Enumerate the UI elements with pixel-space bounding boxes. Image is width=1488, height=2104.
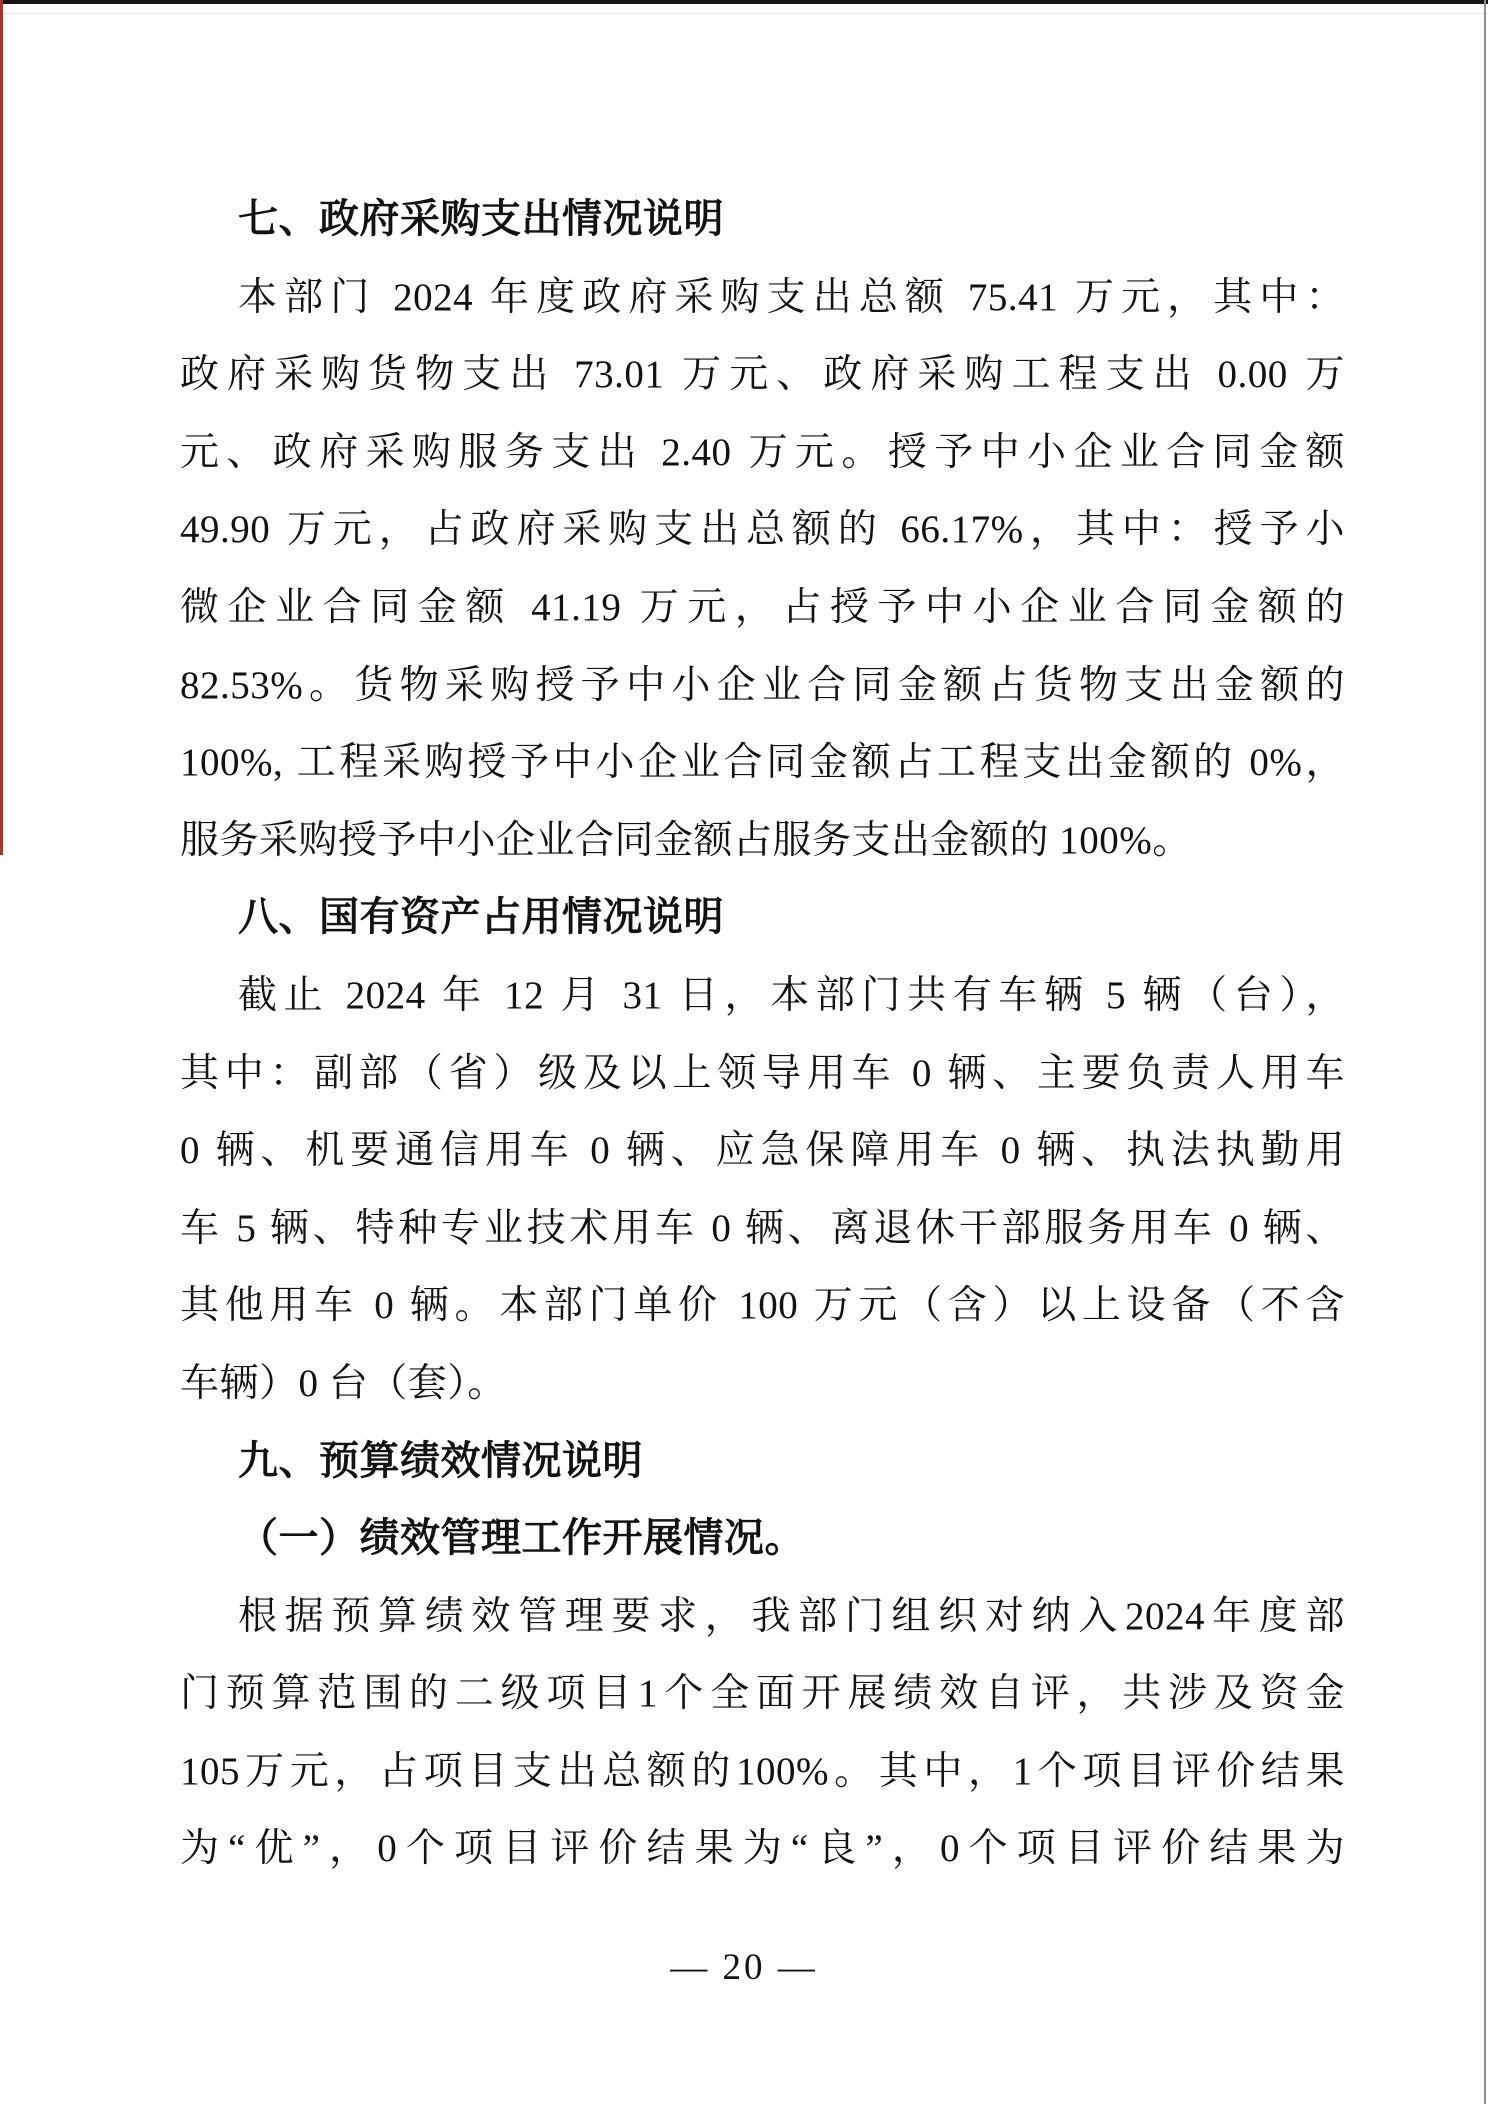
section-heading: （一）绩效管理工作开展情况。: [180, 1500, 1345, 1578]
text-line: 其中：副部（省）级及以上领导用车 0 辆、主要负责人用车: [180, 1035, 1345, 1113]
left-accent-line: [0, 0, 3, 855]
text-line: 门预算范围的二级项目1个全面开展绩效自评，共涉及资金: [180, 1655, 1345, 1733]
top-edge-bar: [0, 0, 1488, 4]
text-line: 105万元，占项目支出总额的100%。其中，1个项目评价结果: [180, 1733, 1345, 1811]
document-page: 七、政府采购支出情况说明本部门 2024 年度政府采购支出总额 75.41 万元…: [0, 0, 1488, 2104]
text-line: 车 5 辆、特种专业技术用车 0 辆、离退休干部服务用车 0 辆、: [180, 1190, 1345, 1268]
text-line: 100%, 工程采购授予中小企业合同金额占工程支出金额的 0%，: [180, 724, 1345, 802]
text-line: 根据预算绩效管理要求，我部门组织对纳入2024年度部: [180, 1578, 1345, 1656]
section-heading: 八、国有资产占用情况说明: [180, 879, 1345, 957]
text-line: 截止 2024 年 12 月 31 日，本部门共有车辆 5 辆（台），: [180, 957, 1345, 1035]
text-line: 本部门 2024 年度政府采购支出总额 75.41 万元，其中：: [180, 259, 1345, 337]
text-line: 其他用车 0 辆。本部门单价 100 万元（含）以上设备（不含: [180, 1267, 1345, 1345]
document-body: 七、政府采购支出情况说明本部门 2024 年度政府采购支出总额 75.41 万元…: [180, 181, 1345, 1888]
text-line: 政府采购货物支出 73.01 万元、政府采购工程支出 0.00 万: [180, 336, 1345, 414]
text-line: 车辆）0 台（套）。: [180, 1345, 1345, 1423]
text-line: 0 辆、机要通信用车 0 辆、应急保障用车 0 辆、执法执勤用: [180, 1112, 1345, 1190]
text-line: 49.90 万元，占政府采购支出总额的 66.17%，其中：授予小: [180, 491, 1345, 569]
text-line: 82.53%。货物采购授予中小企业合同金额占货物支出金额的: [180, 647, 1345, 725]
page-number: — 20 —: [0, 1946, 1488, 1989]
top-hairline: [0, 13, 1488, 14]
text-line: 元、政府采购服务支出 2.40 万元。授予中小企业合同金额: [180, 414, 1345, 492]
text-line: 服务采购授予中小企业合同金额占服务支出金额的 100%。: [180, 802, 1345, 880]
text-line: 为“优”，0个项目评价结果为“良”，0个项目评价结果为: [180, 1810, 1345, 1888]
text-line: 微企业合同金额 41.19 万元，占授予中小企业合同金额的: [180, 569, 1345, 647]
section-heading: 七、政府采购支出情况说明: [180, 181, 1345, 259]
section-heading: 九、预算绩效情况说明: [180, 1423, 1345, 1501]
right-edge-line: [1484, 0, 1486, 2104]
